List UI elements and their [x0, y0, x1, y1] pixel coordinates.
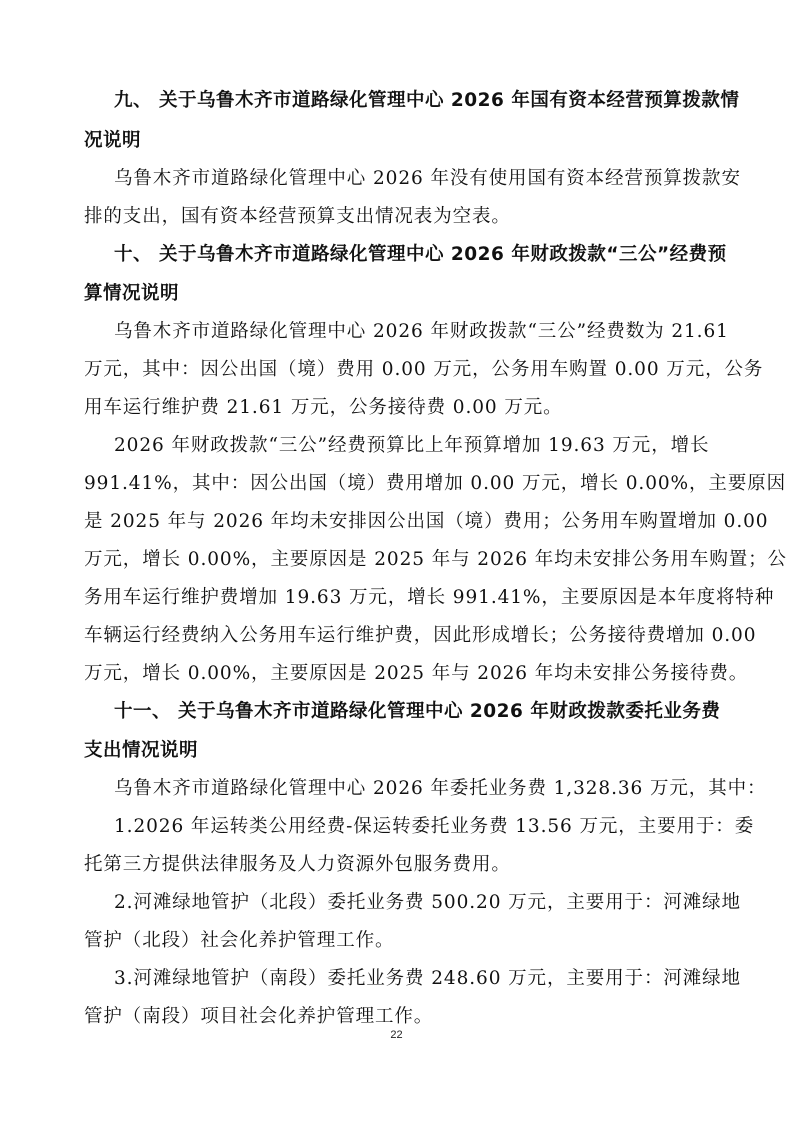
section-10-paragraph-2-line: 2026 年财政拨款“三公”经费预算比上年预算增加 19.63 万元，增长 [114, 434, 709, 458]
section-9-paragraph-line: 排的支出，国有资本经营预算支出情况表为空表。 [84, 205, 511, 229]
section-10-heading-line-1: 十、 关于乌鲁木齐市道路绿化管理中心 2026 年财政拨款“三公”经费预 [114, 243, 727, 267]
section-11-item-1-line: 1.2026 年运转类公用经费-保运转委托业务费 13.56 万元，主要用于：委 [114, 815, 754, 839]
section-11-heading-line-2: 支出情况说明 [84, 739, 198, 763]
section-10-paragraph-1-line: 用车运行维护费 21.61 万元，公务接待费 0.00 万元。 [84, 396, 563, 420]
page-number: 22 [0, 1028, 793, 1042]
section-11-heading-line-1: 十一、 关于乌鲁木齐市道路绿化管理中心 2026 年财政拨款委托业务费 [114, 700, 720, 724]
section-10-heading-line-2: 算情况说明 [84, 282, 179, 306]
section-10-paragraph-2-line: 万元，增长 0.00%，主要原因是 2025 年与 2026 年均未安排公务接待… [84, 662, 748, 686]
section-10-paragraph-2-line: 万元，增长 0.00%，主要原因是 2025 年与 2026 年均未安排公务用车… [84, 548, 787, 572]
section-11-item-2-line: 管护（北段）社会化养护管理工作。 [84, 929, 394, 953]
section-11-item-2-line: 2.河滩绿地管护（北段）委托业务费 500.20 万元，主要用于：河滩绿地 [114, 891, 741, 915]
section-10-paragraph-2-line: 车辆运行经费纳入公务用车运行维护费，因此形成增长；公务接待费增加 0.00 [84, 624, 756, 648]
section-11-paragraph-line: 乌鲁木齐市道路绿化管理中心 2026 年委托业务费 1,328.36 万元，其中… [114, 777, 766, 801]
section-11-item-3-line: 管护（南段）项目社会化养护管理工作。 [84, 1005, 433, 1029]
section-10-paragraph-2-line: 务用车运行维护费增加 19.63 万元，增长 991.41%，主要原因是本年度将… [84, 586, 774, 610]
section-9-heading-line-1: 九、 关于乌鲁木齐市道路绿化管理中心 2026 年国有资本经营预算拨款情 [114, 89, 739, 113]
section-10-paragraph-1-line: 乌鲁木齐市道路绿化管理中心 2026 年财政拨款“三公”经费数为 21.61 [114, 320, 729, 344]
section-10-paragraph-2-line: 是 2025 年与 2026 年均未安排因公出国（境）费用；公务用车购置增加 0… [84, 510, 768, 534]
section-11-item-3-line: 3.河滩绿地管护（南段）委托业务费 248.60 万元，主要用于：河滩绿地 [114, 967, 741, 991]
section-9-heading-line-2: 况说明 [84, 129, 141, 153]
section-9-paragraph-line: 乌鲁木齐市道路绿化管理中心 2026 年没有使用国有资本经营预算拨款安 [114, 167, 741, 191]
document-page: 九、 关于乌鲁木齐市道路绿化管理中心 2026 年国有资本经营预算拨款情 况说明… [0, 0, 793, 1122]
section-10-paragraph-2-line: 991.41%，其中：因公出国（境）费用增加 0.00 万元，增长 0.00%，… [84, 472, 786, 496]
section-11-item-1-line: 托第三方提供法律服务及人力资源外包服务费用。 [84, 853, 511, 877]
section-10-paragraph-1-line: 万元，其中：因公出国（境）费用 0.00 万元，公务用车购置 0.00 万元，公… [84, 358, 763, 382]
